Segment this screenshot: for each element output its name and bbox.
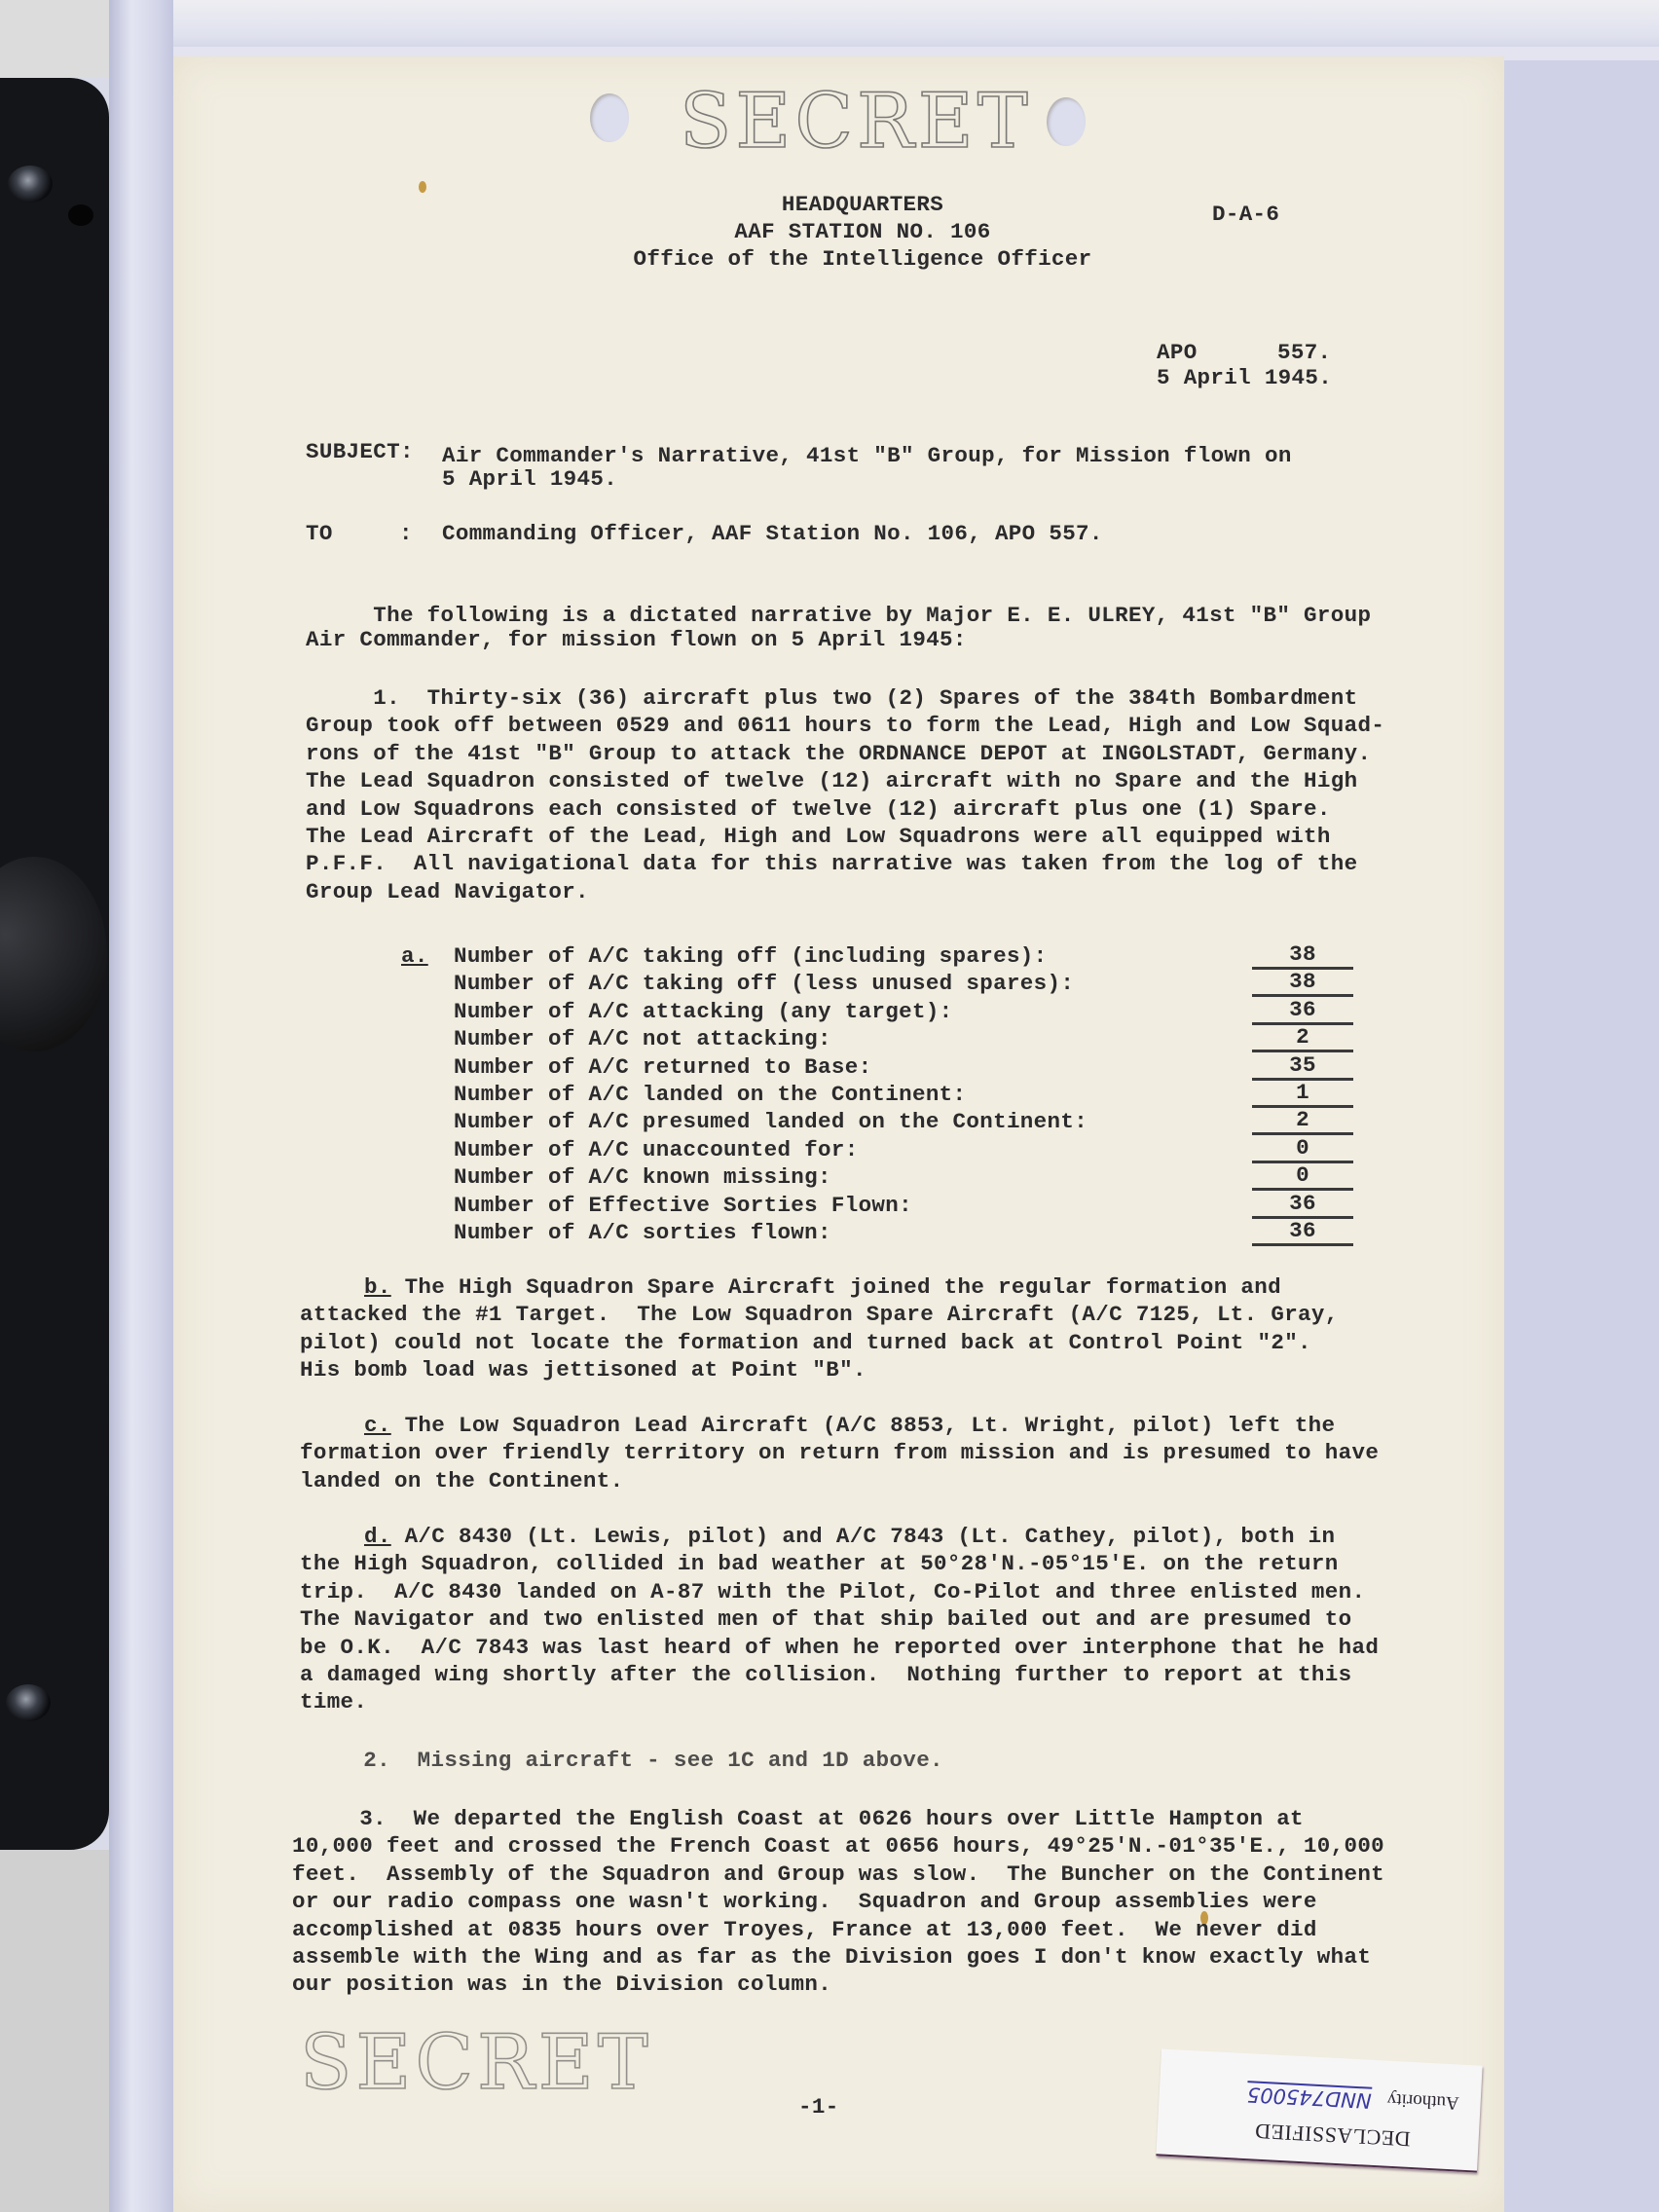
stats-row: Number of A/C taking off (including spar…	[454, 942, 1369, 970]
to-label: TO	[306, 520, 333, 547]
document-reference: D-A-6	[1212, 201, 1279, 228]
stats-label: Number of A/C sorties flown:	[454, 1219, 831, 1246]
stats-value: 38	[1252, 942, 1353, 970]
stats-value: 38	[1252, 970, 1353, 997]
stats-label: Number of A/C taking off (less unused sp…	[454, 970, 1074, 997]
text-line: attacked the #1 Target. The Low Squadron…	[300, 1301, 1339, 1328]
to-recipient: Commanding Officer, AAF Station No. 106,…	[442, 520, 1103, 547]
punch-hole	[1047, 97, 1086, 146]
stats-value: 36	[1252, 1219, 1353, 1246]
stats-row: Number of A/C sorties flown:36	[454, 1219, 1369, 1246]
stats-label: Number of A/C taking off (including spar…	[454, 942, 1048, 970]
text-line: 3. We departed the English Coast at 0626…	[292, 1805, 1304, 1832]
background-wall	[0, 1850, 112, 2212]
text-line: be O.K. A/C 7843 was last heard of when …	[300, 1634, 1379, 1661]
subject-label: SUBJECT:	[306, 438, 414, 465]
text-line: 10,000 feet and crossed the French Coast…	[292, 1832, 1384, 1860]
to-colon: :	[399, 520, 413, 547]
text-line: the High Squadron, collided in bad weath…	[300, 1550, 1339, 1577]
apo-number: 557.	[1277, 339, 1331, 366]
paragraph-c-marker: c.	[364, 1413, 391, 1438]
text-line: feet. Assembly of the Squadron and Group…	[292, 1861, 1384, 1888]
paragraph-b-marker: b.	[364, 1274, 391, 1300]
text-line: His bomb load was jettisoned at Point "B…	[300, 1356, 866, 1383]
stats-marker: a.	[401, 942, 428, 970]
aircraft-statistics-table: a. Number of A/C taking off (including s…	[319, 942, 1371, 1254]
text-line: time.	[300, 1688, 367, 1715]
stats-row: Number of A/C returned to Base:35	[454, 1053, 1369, 1081]
stats-value: 35	[1252, 1053, 1353, 1081]
text-line: our position was in the Division column.	[292, 1971, 831, 1998]
stats-row: Number of Effective Sorties Flown:36	[454, 1192, 1369, 1219]
document-date: 5 April 1945.	[1157, 364, 1332, 391]
stats-value: 2	[1252, 1108, 1353, 1135]
stats-label: Number of A/C not attacking:	[454, 1025, 831, 1052]
classification-stamp-top: SECRET	[680, 84, 1032, 160]
stats-value: 0	[1252, 1136, 1353, 1163]
stats-value: 1	[1252, 1081, 1353, 1108]
sheet-protector-backing	[1504, 60, 1659, 2212]
subject-line-2: 5 April 1945.	[442, 465, 617, 493]
text-line: trip. A/C 8430 landed on A-87 with the P…	[300, 1578, 1365, 1605]
stats-label: Number of A/C known missing:	[454, 1163, 831, 1191]
stats-label: Number of A/C attacking (any target):	[454, 998, 953, 1025]
text-line: assemble with the Wing and as far as the…	[292, 1943, 1371, 1971]
text-line: a damaged wing shortly after the collisi…	[300, 1661, 1351, 1688]
stats-value: 0	[1252, 1163, 1353, 1191]
text-line: 1. Thirty-six (36) aircraft plus two (2)…	[306, 684, 1357, 712]
stats-row: Number of A/C taking off (less unused sp…	[454, 970, 1369, 997]
paragraph-d-marker: d.	[364, 1524, 391, 1549]
stats-value: 36	[1252, 1192, 1353, 1219]
text-line: formation over friendly territory on ret…	[300, 1439, 1379, 1466]
text-line: P.F.F. All navigational data for this na…	[306, 850, 1357, 877]
stats-row: Number of A/C landed on the Continent:1	[454, 1081, 1369, 1108]
stats-row: Number of A/C attacking (any target):36	[454, 998, 1369, 1025]
stats-row: Number of A/C known missing:0	[454, 1163, 1369, 1191]
text-line: landed on the Continent.	[300, 1467, 623, 1494]
text-line: The Low Squadron Lead Aircraft (A/C 8853…	[391, 1413, 1336, 1438]
text-line: Group took off between 0529 and 0611 hou…	[306, 712, 1384, 739]
text-line: The High Squadron Spare Aircraft joined …	[391, 1274, 1281, 1300]
stats-value: 2	[1252, 1025, 1353, 1052]
stats-label: Number of A/C unaccounted for:	[454, 1136, 859, 1163]
header-station: AAF STATION NO. 106	[551, 218, 1174, 245]
document-page: SECRET HEADQUARTERS AAF STATION NO. 106 …	[173, 56, 1504, 2212]
text-line: and Low Squadrons each consisted of twel…	[306, 795, 1331, 823]
header-headquarters: HEADQUARTERS	[551, 191, 1174, 218]
declassified-authority-number: NND745005	[1246, 2081, 1372, 2113]
page-number: -1-	[798, 2093, 839, 2120]
text-line: The Navigator and two enlisted men of th…	[300, 1605, 1351, 1633]
background-wall	[0, 0, 112, 78]
declassified-title: DECLASSIFIED	[1254, 2119, 1411, 2152]
paragraph-2: 2. Missing aircraft - see 1C and 1D abov…	[296, 1747, 943, 1774]
declassified-authority-label: Authority	[1386, 2088, 1459, 2114]
stats-label: Number of A/C landed on the Continent:	[454, 1081, 966, 1108]
binder-screw-icon	[8, 166, 53, 203]
stats-label: Number of A/C returned to Base:	[454, 1053, 871, 1081]
binder-screw-icon	[6, 1684, 51, 1721]
stats-row: Number of A/C unaccounted for:0	[454, 1136, 1369, 1163]
binder-slot	[68, 204, 93, 226]
text-line: A/C 8430 (Lt. Lewis, pilot) and A/C 7843…	[391, 1524, 1336, 1549]
classification-stamp-bottom: SECRET	[300, 2025, 652, 2101]
text-line: or our radio compass one wasn't working.…	[292, 1888, 1317, 1915]
declassified-label: DECLASSIFIED Authority NND745005	[1156, 2048, 1482, 2172]
stats-row: Number of A/C not attacking:2	[454, 1025, 1369, 1052]
apo-label: APO	[1157, 339, 1198, 366]
stats-label: Number of Effective Sorties Flown:	[454, 1192, 912, 1219]
text-line: pilot) could not locate the formation an…	[300, 1329, 1311, 1356]
punch-hole	[590, 93, 629, 142]
stats-value: 36	[1252, 998, 1353, 1025]
text-line: The Lead Aircraft of the Lead, High and …	[306, 823, 1331, 850]
text-line: Group Lead Navigator.	[306, 878, 589, 905]
sheet-protector-left-edge	[109, 0, 173, 2212]
text-line: Air Commander, for mission flown on 5 Ap…	[306, 626, 967, 653]
header-office: Office of the Intelligence Officer	[551, 245, 1174, 273]
text-line: The Lead Squadron consisted of twelve (1…	[306, 767, 1357, 794]
stats-row: Number of A/C presumed landed on the Con…	[454, 1108, 1369, 1135]
paper-stain	[419, 181, 426, 193]
text-line: accomplished at 0835 hours over Troyes, …	[292, 1916, 1317, 1943]
stats-label: Number of A/C presumed landed on the Con…	[454, 1108, 1088, 1135]
text-line: rons of the 41st "B" Group to attack the…	[306, 740, 1371, 767]
